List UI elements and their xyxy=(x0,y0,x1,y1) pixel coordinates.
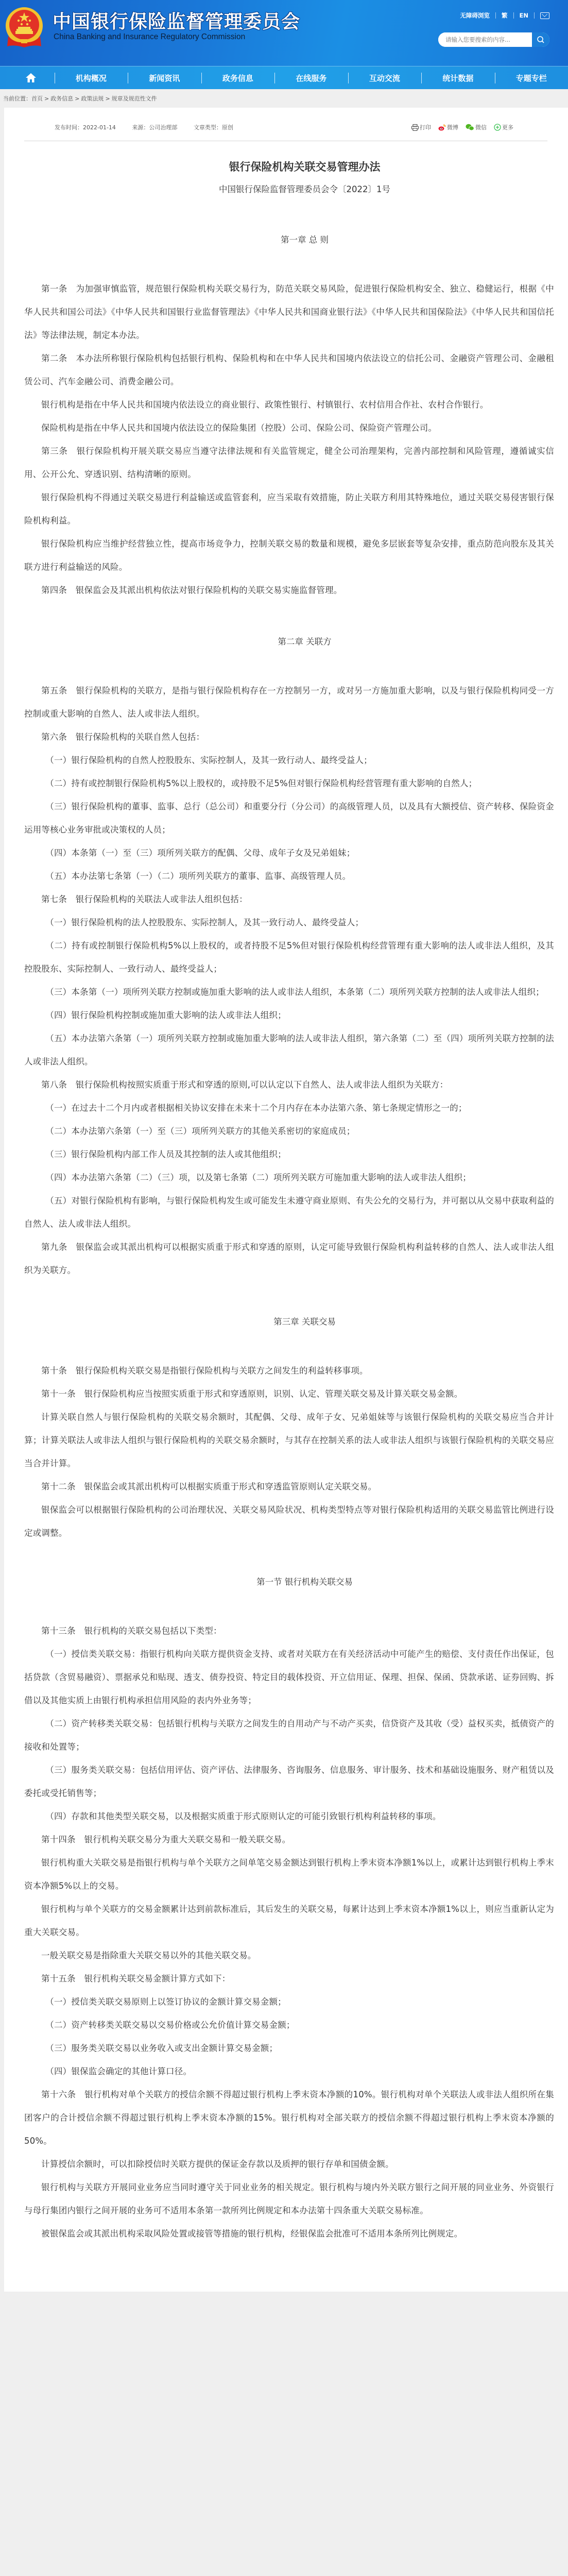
paragraph: 第一条 为加强审慎监管，规范银行保险机构关联交易行为，防范关联交易风险，促进银行… xyxy=(24,277,554,347)
section-heading: 第一节 银行机构关联交易 xyxy=(24,1570,554,1594)
chapter-heading: 第一章 总 则 xyxy=(24,228,554,251)
list-item: （五）本办法第七条第（一）（二）项所列关联方的董事、监事、高级管理人员。 xyxy=(24,865,554,888)
search-button[interactable] xyxy=(532,32,549,47)
document-content: 第一章 总 则第一条 为加强审慎监管，规范银行保险机构关联交易行为，防范关联交易… xyxy=(24,228,554,2245)
article-card: 发布时间：2022-01-14 来源：公司治理部 文章类型：原创 打印 微博 微… xyxy=(4,108,568,2292)
paragraph: 第十条 银行保险机构关联交易是指银行保险机构与关联方之间发生的利益转移事项。 xyxy=(24,1359,554,1382)
list-item: （三）服务类关联交易：包括信用评估、资产评估、法律服务、咨询服务、信息服务、审计… xyxy=(24,1758,554,1805)
breadcrumb-government-affairs[interactable]: 政务信息 xyxy=(50,94,73,103)
list-item: （一）银行保险机构的法人控股股东、实际控制人，及其一致行动人、最终受益人； xyxy=(24,911,554,934)
paragraph: 第十三条 银行机构的关联交易包括以下类型： xyxy=(24,1619,554,1642)
site-header: 中国银行保险监督管理委员会 China Banking and Insuranc… xyxy=(0,0,568,66)
document-title: 银行保险机构关联交易管理办法 xyxy=(24,157,554,177)
paragraph: 第十六条 银行机构对单个关联方的授信余额不得超过银行机构上季末资本净额的10%。… xyxy=(24,2083,554,2153)
nav-item-about[interactable]: 机构概况 xyxy=(55,66,128,90)
nav-item-interaction[interactable]: 互动交流 xyxy=(348,66,421,90)
print-button[interactable]: 打印 xyxy=(411,123,431,131)
nav-item-online-services[interactable]: 在线服务 xyxy=(274,66,348,90)
weibo-label: 微博 xyxy=(447,123,458,131)
list-item: （二）本办法第六条第（一）至（三）项所列关联方的其他关系密切的家庭成员； xyxy=(24,1120,554,1143)
nav-item-government-affairs[interactable]: 政务信息 xyxy=(201,66,274,90)
paragraph: 计算关联自然人与银行保险机构的关联交易余额时，其配偶、父母、成年子女、兄弟姐妹等… xyxy=(24,1405,554,1475)
paragraph: 银行保险机构不得通过关联交易进行利益输送或监管套利，应当采取有效措施，防止关联方… xyxy=(24,486,554,532)
search-icon xyxy=(537,36,545,44)
divider xyxy=(513,12,514,19)
list-item: （一）授信类关联交易：指银行机构向关联方提供资金支持、或者对关联方在有关经济活动… xyxy=(24,1642,554,1712)
nav-item-news[interactable]: 新闻资讯 xyxy=(128,66,201,90)
main-nav: 机构概况 新闻资讯 政务信息 在线服务 互动交流 统计数据 专题专栏 xyxy=(0,66,568,89)
paragraph: 银行机构与关联方开展同业业务应当同时遵守关于同业业务的相关规定。银行机构与境内外… xyxy=(24,2176,554,2222)
traditional-chinese-link[interactable]: 繁 xyxy=(502,11,508,20)
list-item: （三）服务类关联交易以业务收入或支出金额计算交易金额； xyxy=(24,2037,554,2060)
paragraph: 银行机构是指在中华人民共和国境内依法设立的商业银行、政策性银行、村镇银行、农村信… xyxy=(24,393,554,416)
paragraph: 第十五条 银行机构关联交易金额计算方式如下： xyxy=(24,1967,554,1990)
mail-icon[interactable] xyxy=(540,12,549,19)
paragraph: 计算授信余额时，可以扣除授信时关联方提供的保证金存款以及质押的银行存单和国债金额… xyxy=(24,2153,554,2176)
weibo-icon xyxy=(438,124,446,131)
list-item: （五）对银行保险机构有影响，与银行保险机构发生或可能发生未遵守商业原则、有失公允… xyxy=(24,1189,554,1235)
breadcrumb-regulations[interactable]: 规章及规范性文件 xyxy=(112,94,157,103)
paragraph: 被银保监会或其派出机构采取风险处置或接管等措施的银行机构，经银保监会批准可不适用… xyxy=(24,2222,554,2245)
plus-circle-icon xyxy=(494,124,501,131)
list-item: （二）资产转移类关联交易以交易价格或公允价值计算交易金额； xyxy=(24,2013,554,2037)
paragraph: 第十一条 银行保险机构应当按照实质重于形式和穿透原则，识别、认定、管理关联交易及… xyxy=(24,1382,554,1405)
breadcrumb-home[interactable]: 首页 xyxy=(31,94,43,103)
paragraph: 第四条 银保监会及其派出机构依法对银行保险机构的关联交易实施监督管理。 xyxy=(24,579,554,602)
article-meta: 发布时间：2022-01-14 来源：公司治理部 文章类型：原创 打印 微博 微… xyxy=(4,108,568,141)
breadcrumb-separator: > xyxy=(75,95,79,102)
paragraph: 银保监会可以根据银行保险机构的公司治理状况、关联交易风险状况、机构类型特点等对银… xyxy=(24,1498,554,1545)
document-number: 中国银行保险监督管理委员会令〔2022〕1号 xyxy=(24,179,554,200)
national-emblem-icon xyxy=(4,6,44,48)
paragraph: 第六条 银行保险机构的关联自然人包括： xyxy=(24,725,554,749)
paragraph: 保险机构是指在中华人民共和国境内依法设立的保险集团（控股）公司、保险公司、保险资… xyxy=(24,416,554,439)
article-type: 文章类型：原创 xyxy=(194,124,233,131)
list-item: （三）本条第（一）项所列关联方控制或施加重大影响的法人或非法人组织，本条第（二）… xyxy=(24,980,554,1004)
document-body: 银行保险机构关联交易管理办法 中国银行保险监督管理委员会令〔2022〕1号 第一… xyxy=(4,157,568,2245)
publish-time: 发布时间：2022-01-14 xyxy=(55,124,116,131)
share-weibo-button[interactable]: 微博 xyxy=(438,123,458,131)
list-item: （四）银保监会确定的其他计算口径。 xyxy=(24,2060,554,2083)
paragraph: 银行保险机构应当维护经营独立性，提高市场竞争力，控制关联交易的数量和规模，避免多… xyxy=(24,532,554,579)
nav-item-statistics[interactable]: 统计数据 xyxy=(421,66,494,90)
share-more-button[interactable]: 更多 xyxy=(494,123,513,131)
print-label: 打印 xyxy=(420,123,431,131)
list-item: （一）在过去十二个月内或者根据相关协议安排在未来十二个月内存在本办法第六条、第七… xyxy=(24,1096,554,1120)
paragraph: 银行机构重大关联交易是指银行机构与单个关联方之间单笔交易金额达到银行机构上季末资… xyxy=(24,1851,554,1897)
paragraph: 银行机构与单个关联方的交易金额累计达到前款标准后，其后发生的关联交易，每累计达到… xyxy=(24,1897,554,1944)
search-box xyxy=(438,32,549,47)
paragraph: 第五条 银行保险机构的关联方，是指与银行保险机构存在一方控制另一方，或对另一方施… xyxy=(24,679,554,725)
paragraph: 第三条 银行保险机构开展关联交易应当遵守法律法规和有关监管规定，健全公司治理架构… xyxy=(24,439,554,486)
site-title: 中国银行保险监督管理委员会 xyxy=(53,7,300,33)
paragraph: 一般关联交易是指除重大关联交易以外的其他关联交易。 xyxy=(24,1944,554,1967)
breadcrumb: 当前位置： 首页 > 政务信息 > 政策法规 > 规章及规范性文件 xyxy=(0,89,568,108)
top-links: 无障碍浏览 繁 EN xyxy=(460,11,549,20)
paragraph: 第十四条 银行机构关联交易分为重大关联交易和一般关联交易。 xyxy=(24,1828,554,1851)
site-subtitle: China Banking and Insurance Regulatory C… xyxy=(54,32,245,42)
english-link[interactable]: EN xyxy=(520,12,528,19)
meta-divider xyxy=(24,141,547,141)
paragraph: 第八条 银行保险机构按照实质重于形式和穿透的原则,可以认定以下自然人、法人或非法… xyxy=(24,1073,554,1096)
more-label: 更多 xyxy=(502,123,513,131)
breadcrumb-separator: > xyxy=(44,95,49,102)
list-item: （三）银行保险机构的董事、监事、总行（总公司）和重要分行（分公司）的高级管理人员… xyxy=(24,795,554,841)
list-item: （二）资产转移类关联交易：包括银行机构与关联方之间发生的自用动产与不动产买卖，信… xyxy=(24,1712,554,1758)
list-item: （二）持有或控制银行保险机构5%以上股权的，或者持股不足5%但对银行保险机构经营… xyxy=(24,934,554,980)
share-wechat-button[interactable]: 微信 xyxy=(466,123,487,131)
divider xyxy=(534,12,535,19)
list-item: （五）本办法第六条第（一）项所列关联方控制或施加重大影响的法人或非法人组织，第六… xyxy=(24,1027,554,1073)
chapter-heading: 第三章 关联交易 xyxy=(24,1310,554,1333)
article-source: 来源：公司治理部 xyxy=(132,124,177,131)
home-icon xyxy=(25,73,37,83)
breadcrumb-label: 当前位置： xyxy=(3,94,31,103)
chapter-heading: 第二章 关联方 xyxy=(24,630,554,653)
nav-home[interactable] xyxy=(7,66,55,90)
list-item: （四）银行保险机构控制或施加重大影响的法人或非法人组织； xyxy=(24,1004,554,1027)
breadcrumb-policies[interactable]: 政策法规 xyxy=(81,94,104,103)
list-item: （三）银行保险机构内部工作人员及其控制的法人或其他组织； xyxy=(24,1143,554,1166)
list-item: （二）持有或控制银行保险机构5%以上股权的，或持股不足5%但对银行保险机构经营管… xyxy=(24,772,554,795)
paragraph: 第七条 银行保险机构的关联法人或非法人组织包括： xyxy=(24,888,554,911)
search-input[interactable] xyxy=(438,32,532,47)
list-item: （四）本条第（一）至（三）项所列关联方的配偶、父母、成年子女及兄弟姐妹； xyxy=(24,841,554,865)
accessibility-link[interactable]: 无障碍浏览 xyxy=(460,11,490,20)
breadcrumb-separator: > xyxy=(105,95,110,102)
wechat-label: 微信 xyxy=(475,123,487,131)
list-item: （四）本办法第六条第（二）（三）项，以及第七条第（二）项所列关联方可施加重大影响… xyxy=(24,1166,554,1189)
paragraph: 第九条 银保监会或其派出机构可以根据实质重于形式和穿透的原则，认定可能导致银行保… xyxy=(24,1235,554,1282)
printer-icon xyxy=(411,124,419,131)
nav-item-special-topics[interactable]: 专题专栏 xyxy=(495,66,568,90)
list-item: （四）存款和其他类型关联交易，以及根据实质重于形式原则认定的可能引致银行机构利益… xyxy=(24,1805,554,1828)
divider xyxy=(495,12,496,19)
paragraph: 第二条 本办法所称银行保险机构包括银行机构、保险机构和在中华人民共和国境内依法设… xyxy=(24,347,554,393)
list-item: （一）授信类关联交易原则上以签订协议的金额计算交易金额； xyxy=(24,1990,554,2013)
wechat-icon xyxy=(466,124,474,131)
paragraph: 第十二条 银保监会或其派出机构可以根据实质重于形式和穿透监管原则认定关联交易。 xyxy=(24,1475,554,1498)
list-item: （一）银行保险机构的自然人控股股东、实际控制人，及其一致行动人、最终受益人； xyxy=(24,749,554,772)
